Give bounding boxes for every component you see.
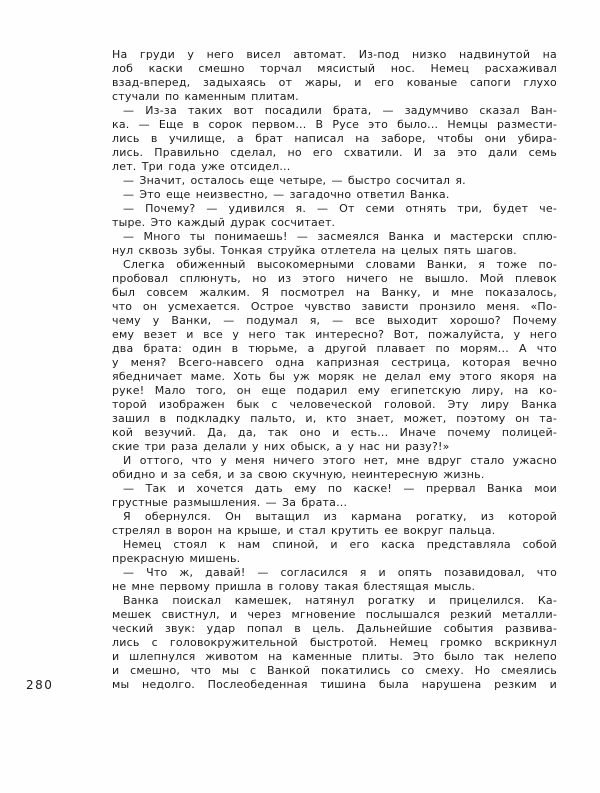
text-line: Слегка обиженный высокомерными словами В…	[112, 258, 557, 272]
text-line: чему у Ванки, — подумал я, — все выходит…	[112, 314, 557, 328]
text-line: ему везет и все у него так интересно? Во…	[112, 328, 557, 342]
text-line: — Это еще неизвестно, — загадочно ответи…	[112, 188, 557, 202]
text-line: ябедничает маме. Хоть бы уж моряк не дел…	[112, 370, 557, 384]
text-line: и смешно, что мы с Ванкой покатились со …	[112, 664, 557, 678]
text-line: ские три раза делали у них обыск, а у на…	[112, 440, 557, 454]
text-line: — Значит, осталось еще четыре, — быстро …	[112, 174, 557, 188]
text-line: пробовал сплюнуть, но из этого ничего не…	[112, 272, 557, 286]
text-line: торой изображен бык с человеческой голов…	[112, 398, 557, 412]
text-line: ка. — Еще в сорок первом... В Русе это б…	[112, 118, 557, 132]
text-line: И оттого, что у меня ничего этого нет, м…	[112, 454, 557, 468]
text-line: — Что ж, давай! — согласился я и опять п…	[112, 566, 557, 580]
text-line: лет. Три года уже отсидел...	[112, 160, 557, 174]
text-line: тыре. Это каждый дурак сосчитает.	[112, 216, 557, 230]
text-line: — Почему? — удивился я. — От семи отнять…	[112, 202, 557, 216]
text-line: прекрасную мишень.	[112, 552, 557, 566]
page-number: 280	[26, 678, 53, 692]
text-line: — Из-за таких вот посадили брата, — заду…	[112, 104, 557, 118]
text-line: руке! Мало того, он еще подарил ему егип…	[112, 384, 557, 398]
text-line: был совсем жалким. Я посмотрел на Ванку,…	[112, 286, 557, 300]
text-line: лоб каски смешно торчал мясистый нос. Не…	[112, 62, 557, 76]
text-line: Ванка поискал камешек, натянул рогатку и…	[112, 594, 557, 608]
text-line: не мне первому пришла в голову такая бле…	[112, 580, 557, 594]
text-line: грустные размышления. — За брата...	[112, 496, 557, 510]
text-line: два брата: один в тюрьме, а другой плава…	[112, 342, 557, 356]
text-line: стучали по каменным плитам.	[112, 90, 557, 104]
text-line: — Много ты понимаешь! — засмеялся Ванка …	[112, 230, 557, 244]
text-line: Я обернулся. Он вытащил из кармана рогат…	[112, 510, 557, 524]
text-line: На груди у него висел автомат. Из-под ни…	[112, 48, 557, 62]
text-line: лись в училище, а брат написал на заборе…	[112, 132, 557, 146]
text-line: лись. Правильно сделал, но его схватили.…	[112, 146, 557, 160]
text-line: — Так и хочется дать ему по каске! — пре…	[112, 482, 557, 496]
text-line: ческий звук: удар попал в цель. Дальнейш…	[112, 622, 557, 636]
text-line: мы недолго. Послеобеденная тишина была н…	[112, 678, 557, 692]
text-line: кой везучий. Да, да, так оно и есть... И…	[112, 426, 557, 440]
text-line: лись с головокружительной быстротой. Нем…	[112, 636, 557, 650]
text-line: стрелял в ворон на крыше, и стал крутить…	[112, 524, 557, 538]
text-block: На груди у него висел автомат. Из-под ни…	[112, 48, 557, 692]
text-line: взад-вперед, задыхаясь от жары, и его ко…	[112, 76, 557, 90]
text-line: и шлепнулся животом на каменные плиты. Э…	[112, 650, 557, 664]
text-line: зашил в подкладку пальто, и, кто знает, …	[112, 412, 557, 426]
text-line: у меня? Всего-навсего одна капризная сес…	[112, 356, 557, 370]
text-line: мешек свистнул, и через мгновение послыш…	[112, 608, 557, 622]
book-page: 280 На груди у него висел автомат. Из-по…	[0, 0, 600, 793]
text-line: нул сквозь зубы. Тонкая струйка отлетела…	[112, 244, 557, 258]
text-line: Немец стоял к нам спиной, и его каска пр…	[112, 538, 557, 552]
text-line: что он усмехается. Острое чувство завист…	[112, 300, 557, 314]
text-line: обидно и за себя, и за свою скучную, неи…	[112, 468, 557, 482]
